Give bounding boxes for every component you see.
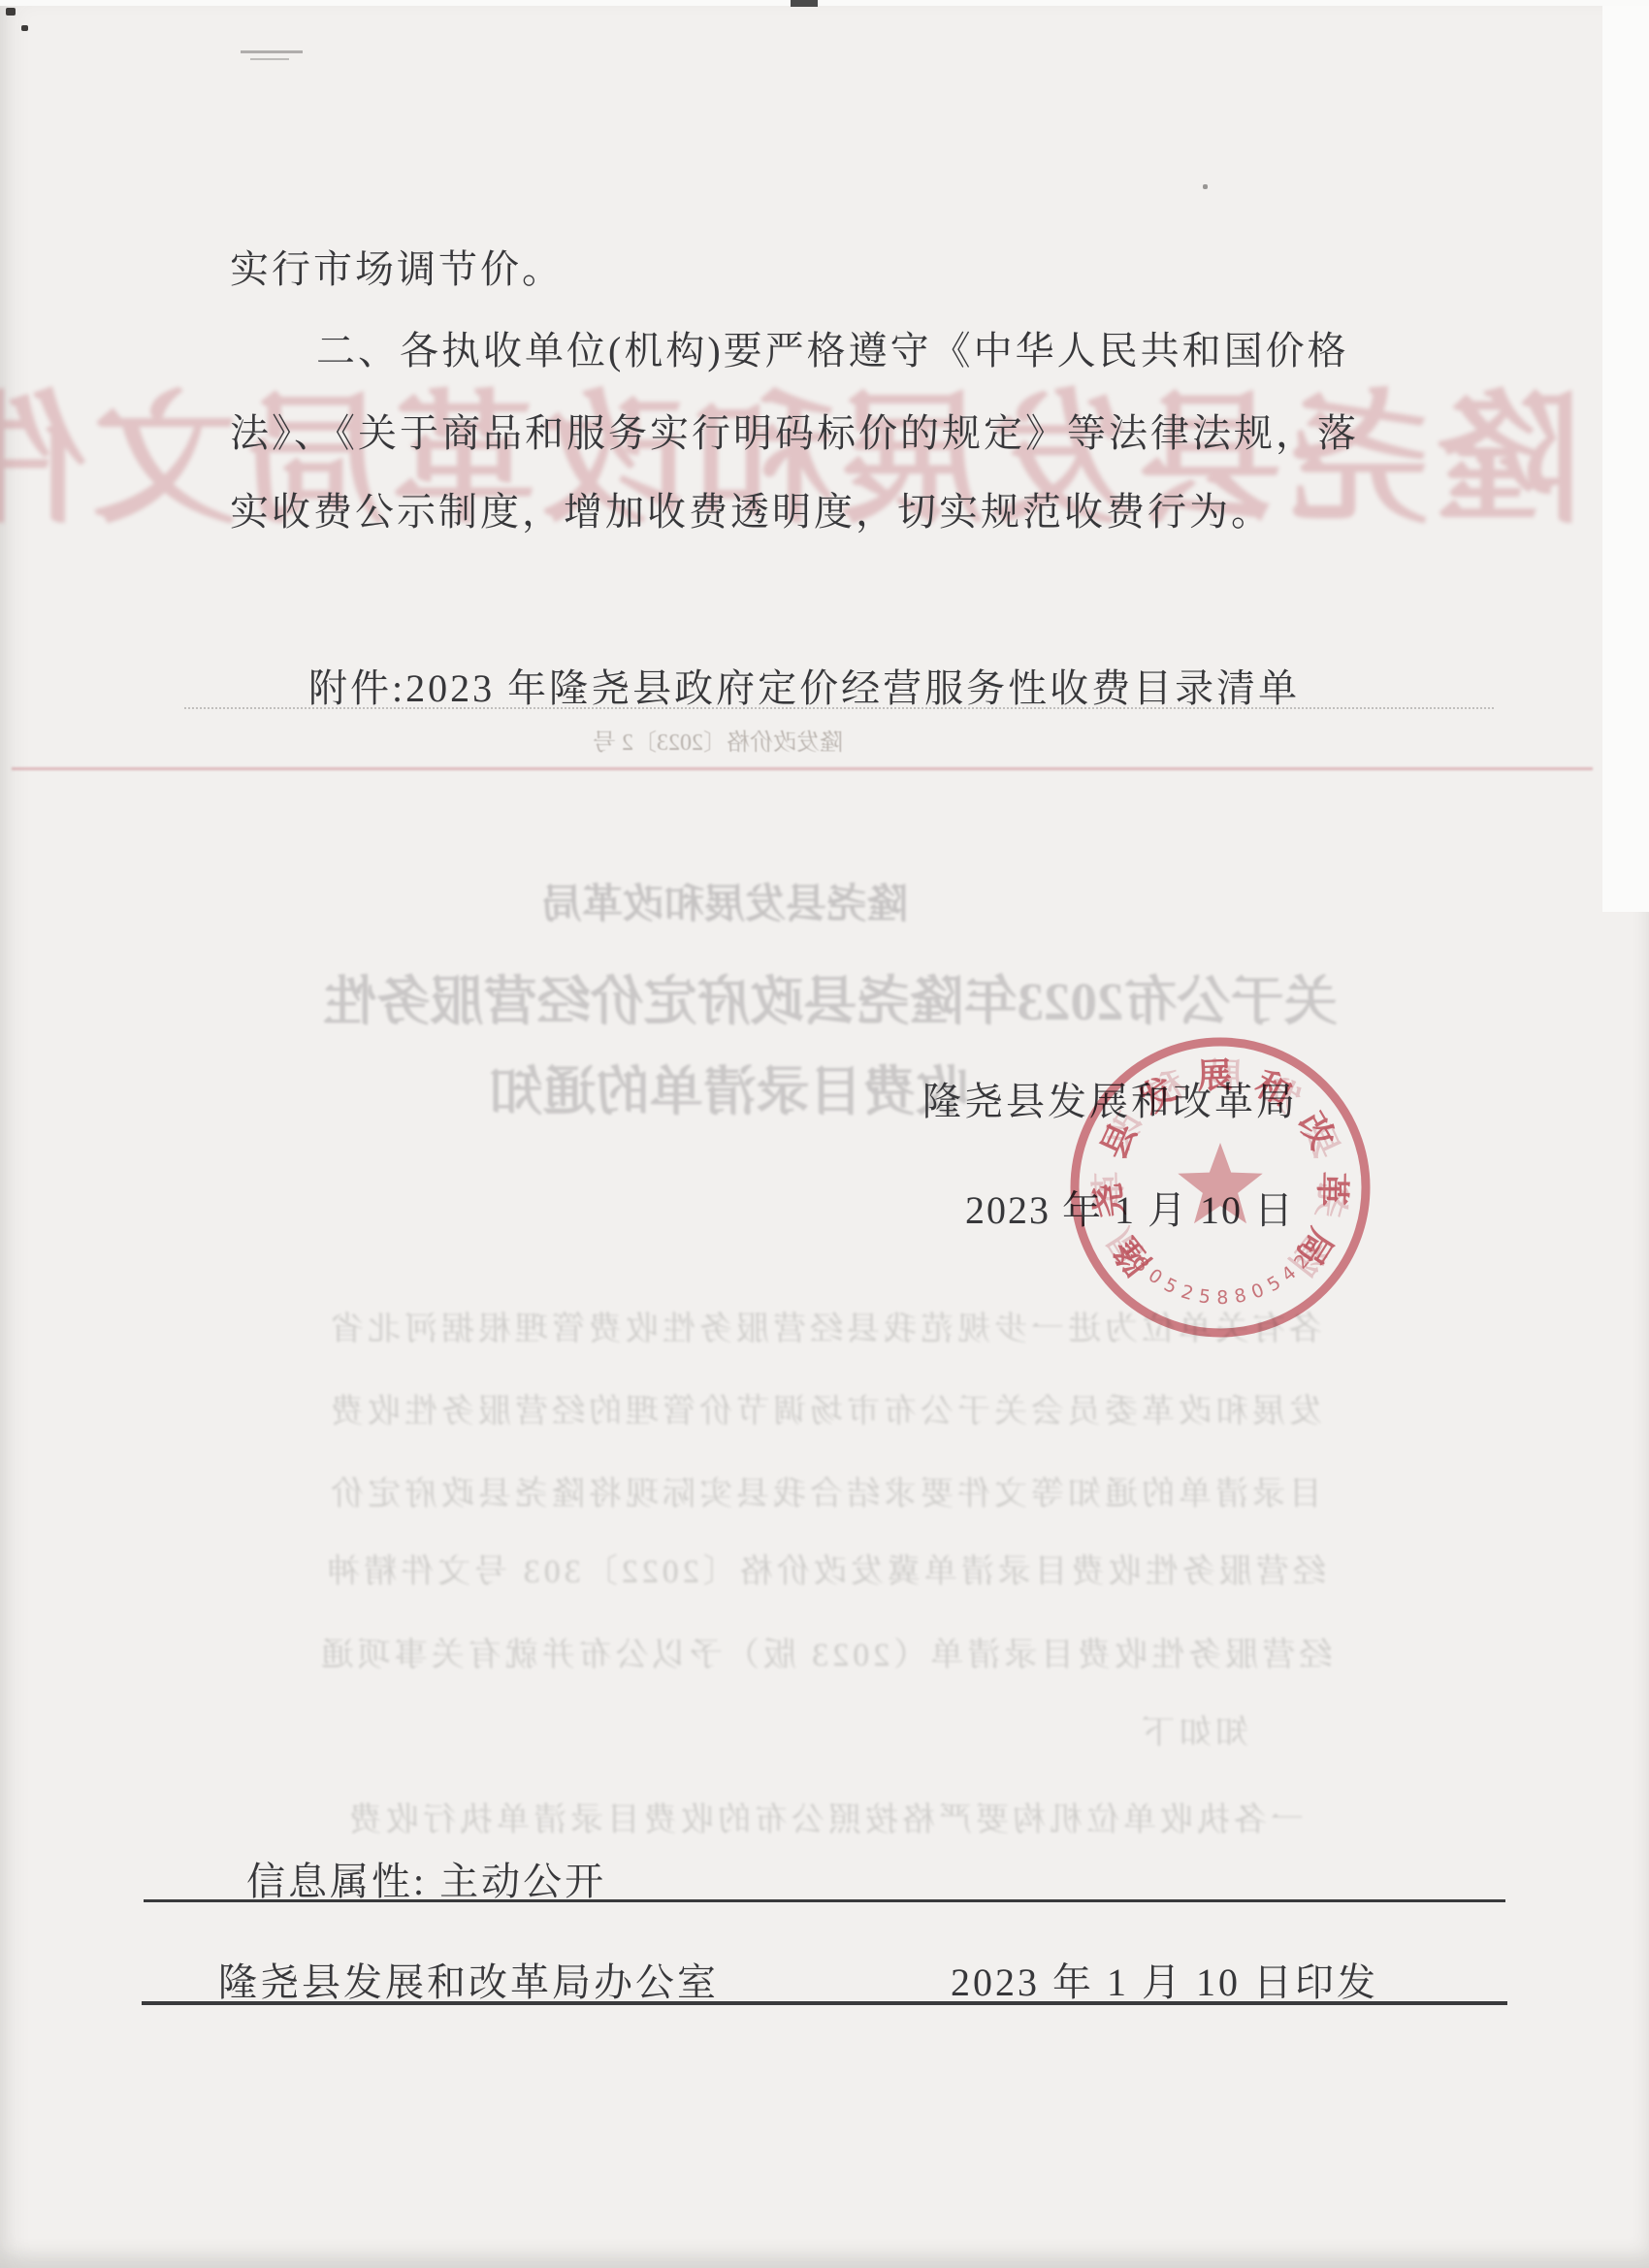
paper-fold-line xyxy=(184,707,1494,709)
print-date: 2023 年 1 月 10 日印发 xyxy=(951,1961,1378,2004)
ghost-red-divider-line xyxy=(12,767,1593,770)
body-line: 二、各执收单位(机构)要严格遵守《中华人民共和国价格 xyxy=(316,330,1349,373)
ghost-body-line: 经营服务性收费目录清单冀发改价格〔2022〕303 号文件精神 xyxy=(131,1544,1518,1592)
pencil-dash-mark xyxy=(250,58,289,60)
footer-divider-rule xyxy=(144,1899,1505,1902)
footer-divider-rule xyxy=(142,2001,1507,2005)
ghost-body-line: 经营服务性收费目录清单（2023 版）予以公布并就有关事项通 xyxy=(131,1628,1518,1675)
scan-speck xyxy=(21,25,28,31)
pencil-dash-mark xyxy=(241,50,303,53)
ghost-body-line: 目录清单的通知等文件要求结合我县实际现将隆尧县政府定价 xyxy=(131,1467,1518,1514)
ghost-document-number: 隆发改价格〔2023〕2 号 xyxy=(514,723,921,757)
scan-edge-speck xyxy=(791,0,818,7)
body-line: 法》、《关于商品和服务实行明码标价的规定》等法律法规，落 xyxy=(230,412,1359,455)
seal-star-icon xyxy=(1178,1143,1262,1223)
ghost-body-line: 知如下 xyxy=(970,1705,1416,1753)
issuing-office: 隆尧县发展和改革局办公室 xyxy=(218,1961,719,2004)
scan-speck xyxy=(6,8,16,16)
scan-edge-highlight xyxy=(0,0,1649,6)
scan-speck xyxy=(1203,184,1208,189)
attachment-line: 附件:2023 年隆尧县政府定价经营服务性收费目录清单 xyxy=(308,667,1300,710)
body-line: 实行市场调节价。 xyxy=(230,248,564,291)
official-red-seal: 隆尧县发展和改革局 隆尧县发展和改革局 1305258805422 xyxy=(1048,1015,1393,1360)
ghost-title-line-1: 隆尧县发展和改革局 xyxy=(434,872,1016,930)
ghost-body-line: 发展和改革委员会关于公布市场调节价管理的经营服务性收费 xyxy=(131,1384,1518,1432)
info-attribute-line: 信息属性: 主动公开 xyxy=(246,1861,606,1903)
ghost-body-line: 一各执收单位机构要严格按照公布的收费目录清单执行收费 xyxy=(131,1793,1518,1840)
body-line: 实收费公示制度，增加收费透明度，切实规范收费行为。 xyxy=(230,491,1273,534)
scanned-official-document-page: 隆尧县发展和改革局文件 隆发改价格〔2023〕2 号 隆尧县发展和改革局 关于公… xyxy=(0,0,1649,2268)
scan-edge-highlight xyxy=(1602,0,1649,912)
